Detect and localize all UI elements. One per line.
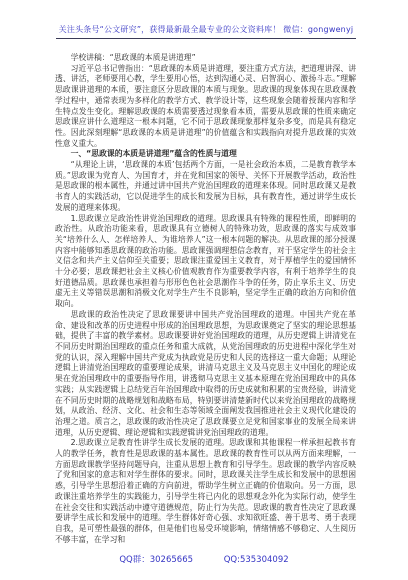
footer-qq-number: QQ:535304092 bbox=[224, 555, 289, 565]
document-body: 学校讲稿：“思政课的本质是讲道理”习近平总书记曾指出：“思政课的本质是讲道理，要… bbox=[55, 53, 356, 545]
section-heading: 一、“思政课的本质是讲道理”蕴含的性质与道理 bbox=[55, 149, 356, 160]
document-title: 学校讲稿：“思政课的本质是讲道理” bbox=[55, 53, 356, 64]
paragraph: 1.思政课立足政治性讲党治国理政的道理。思政课具有特殊的课程性质，即鲜明的政治性… bbox=[55, 214, 356, 310]
paragraph: 思政课的政治性决定了思政课要讲中国共产党治国理政的道理。中国共产党在革命、建设和… bbox=[55, 310, 356, 438]
page-header-banner: 关注头条号“公文研究”，获得最新最全最专业的公文资料库！ 微信：gongweny… bbox=[56, 24, 356, 39]
paragraph: 习近平总书记曾指出：“思政课的本质是讲道理，要注重方式方法，把道理讲深、讲透、讲… bbox=[55, 64, 356, 150]
header-notice-text: 关注头条号“公文研究”，获得最新最全最专业的公文资料库！ 微信：gongweny… bbox=[59, 25, 354, 34]
footer-qq-group: QQ群：30265665 bbox=[119, 555, 193, 565]
page-footer: QQ群：30265665 QQ:535304092 bbox=[0, 553, 408, 565]
paragraph: “从理论上讲，‘思政课的本质’包括两个方面，一是社会政治本质，二是教育教学本质。… bbox=[55, 160, 356, 214]
paragraph: 2.思政课立足教育性讲学生成长发展的道理。思政课和其他课程一样承担起教书育人的教… bbox=[55, 438, 356, 545]
document-page: 关注头条号“公文研究”，获得最新最全最专业的公文资料库！ 微信：gongweny… bbox=[0, 0, 408, 580]
